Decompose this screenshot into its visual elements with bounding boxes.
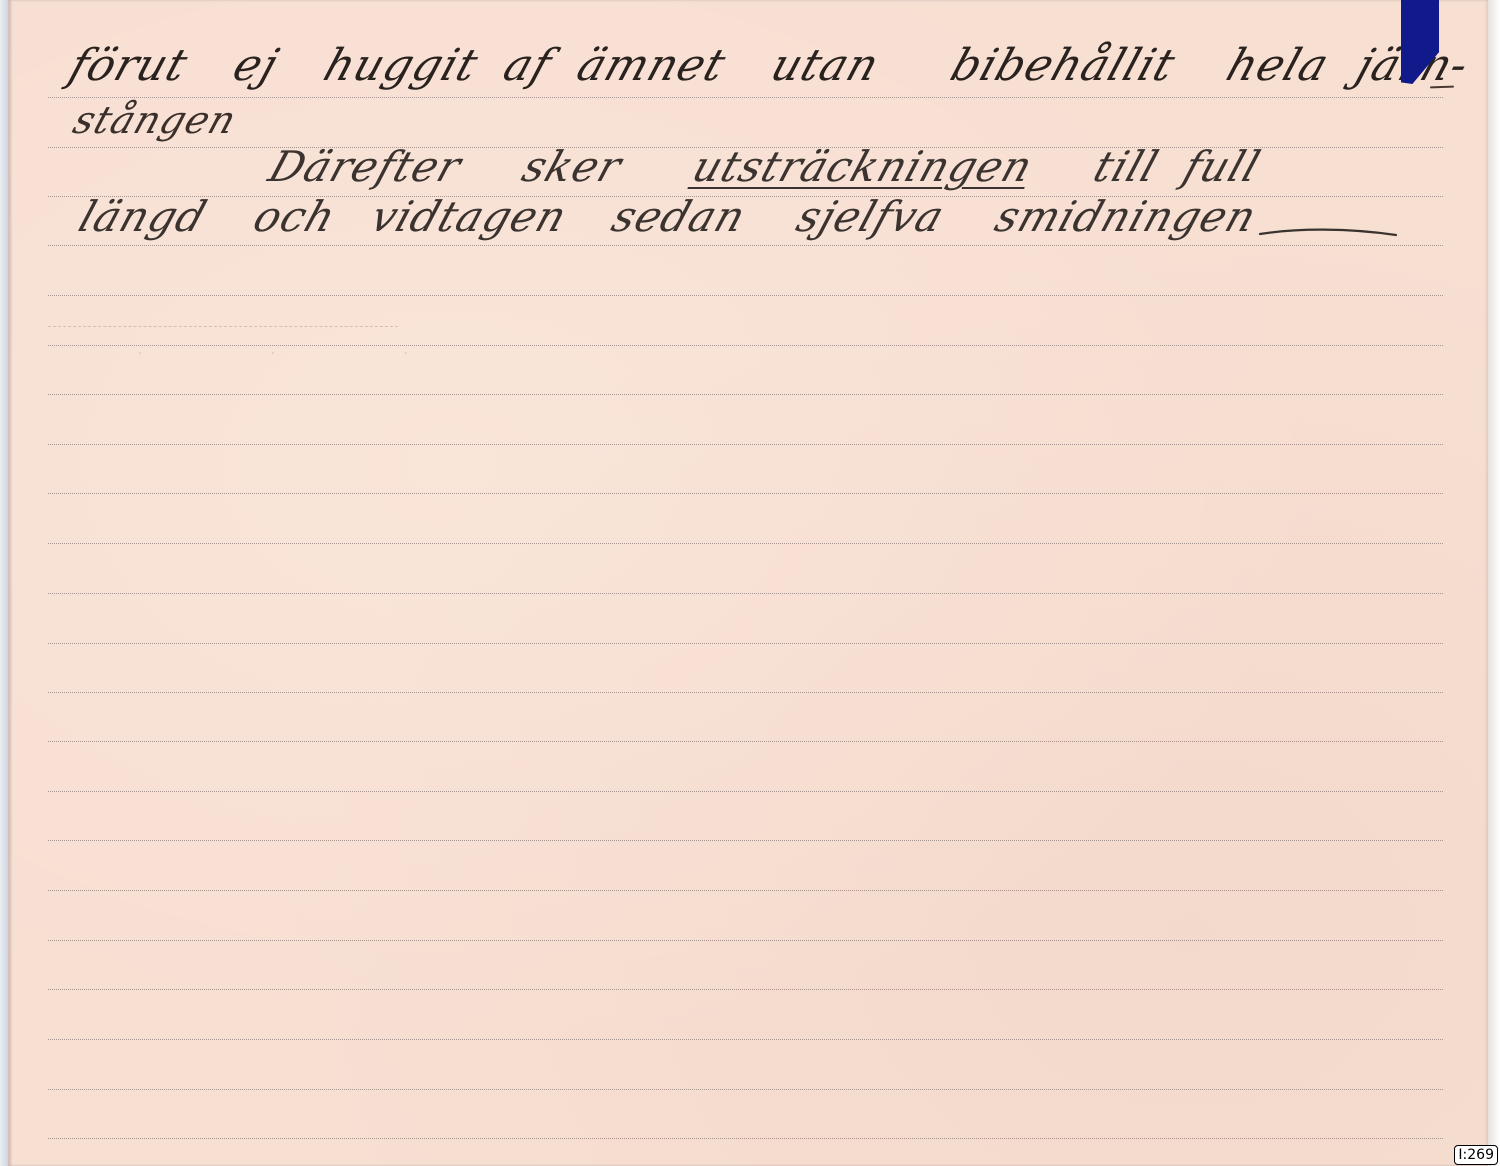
ruled-line [48, 593, 1443, 594]
word: vidtagen [365, 192, 574, 241]
word: förut [63, 40, 194, 91]
word: stången [68, 98, 242, 142]
word: smidningen [989, 192, 1263, 241]
faint-show-through-rule [48, 326, 398, 327]
word: hela [1220, 40, 1335, 91]
handwriting-line-3: Därefter sker utsträckningen till full [263, 142, 1267, 191]
word: huggit [318, 40, 485, 91]
word: bibehållit [944, 40, 1181, 91]
manuscript-paper: ··· förut ej huggit af ämnet utan bibehå… [8, 0, 1488, 1166]
ruled-line [48, 840, 1443, 841]
word: ej [227, 40, 285, 91]
ruled-line [48, 245, 1443, 246]
ruled-line [48, 394, 1443, 395]
ruled-line [48, 1138, 1443, 1139]
ruled-line [48, 989, 1443, 990]
ruled-line [48, 791, 1443, 792]
ruled-line [48, 444, 1443, 445]
ruled-line [48, 543, 1443, 544]
word: till [1088, 142, 1165, 191]
ruled-line [48, 97, 1443, 98]
ruled-line [48, 1089, 1443, 1090]
handwriting-line-2: stången [68, 98, 242, 142]
ruled-line [48, 890, 1443, 891]
ruled-line [48, 295, 1443, 296]
word: utan [765, 40, 886, 91]
word: sker [516, 142, 628, 191]
scan-right-edge [1488, 0, 1500, 1166]
page-label: I:269 [1454, 1145, 1498, 1165]
underlined-word: utsträckningen [687, 142, 1040, 191]
pen-flourish [1258, 226, 1398, 238]
word: sedan [606, 192, 752, 241]
word: ämnet [571, 40, 733, 91]
word: af [497, 40, 558, 91]
handwriting-line-4: längd och vidtagen sedan sjelfva smidnin… [73, 192, 1263, 241]
word: längd [73, 192, 213, 241]
scan-left-edge [0, 0, 8, 1166]
show-through-marks: ··· [138, 346, 408, 362]
word: sjelfva [791, 192, 951, 241]
word: full [1177, 142, 1266, 191]
word: Därefter [263, 142, 468, 191]
ruled-line [48, 692, 1443, 693]
ruled-line [48, 643, 1443, 644]
ruled-line [48, 1039, 1443, 1040]
handwriting-line-1: förut ej huggit af ämnet utan bibehållit… [63, 40, 1476, 91]
word: och [248, 192, 343, 241]
ruled-line [48, 493, 1443, 494]
ruled-line [48, 940, 1443, 941]
scanned-page: ··· förut ej huggit af ämnet utan bibehå… [0, 0, 1500, 1166]
ruled-line [48, 741, 1443, 742]
